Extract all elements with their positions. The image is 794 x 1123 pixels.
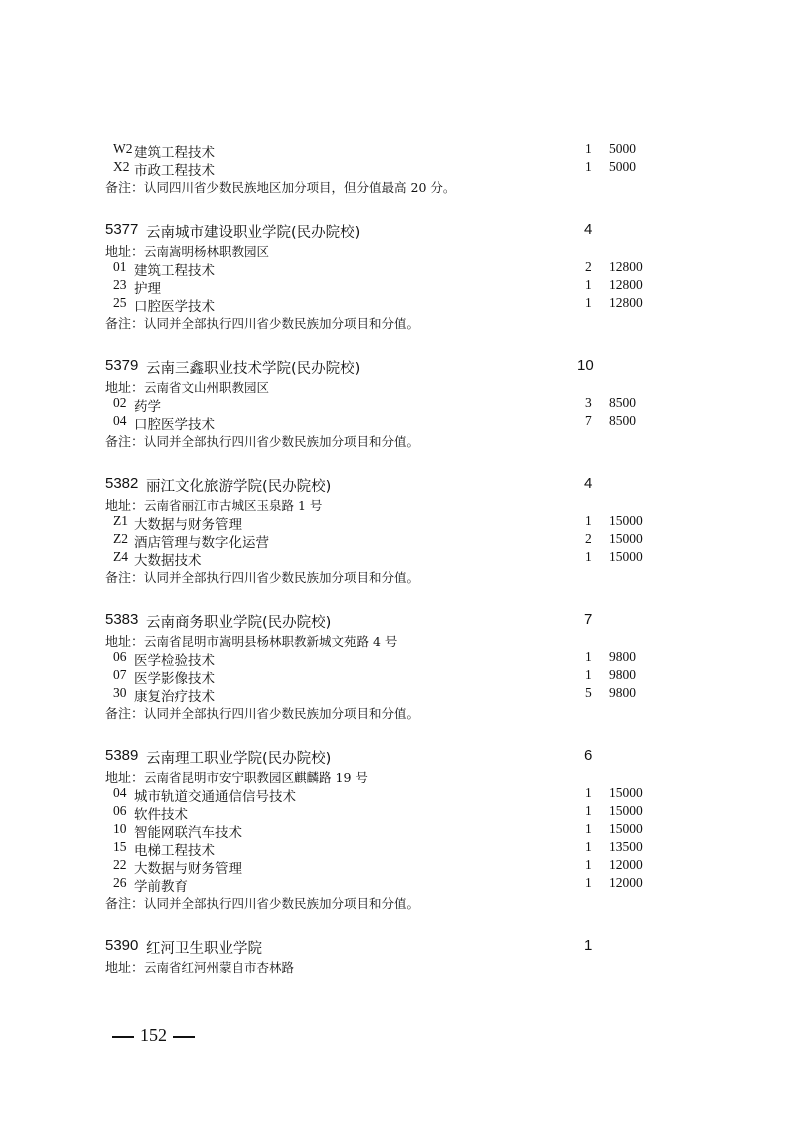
major-name: 口腔医学技术: [134, 295, 215, 315]
major-fee: 8500: [609, 413, 636, 429]
dash-left: [112, 1036, 134, 1038]
address: 地址：云南省丽江市古城区玉泉路 1 号: [105, 495, 322, 514]
address-row: 地址：云南省文山州职教园区: [0, 377, 794, 395]
major-name: 药学: [134, 395, 161, 415]
school-name: 云南商务职业学院(民办院校): [146, 611, 331, 632]
school-header: 5382 丽江文化旅游学院(民办院校) 4: [0, 475, 794, 497]
major-fee: 15000: [609, 549, 643, 565]
major-fee: 12000: [609, 857, 643, 873]
school-count: 4: [584, 475, 592, 492]
note-text: 认同并全部执行四川省少数民族加分项目和分值。: [144, 570, 419, 585]
major-name: 护理: [134, 277, 161, 297]
note-text: 认同并全部执行四川省少数民族加分项目和分值。: [144, 316, 419, 331]
major-code: 01: [113, 259, 127, 275]
school-header: 5390 红河卫生职业学院 1: [0, 937, 794, 959]
major-name: 酒店管理与数字化运营: [134, 531, 269, 551]
major-row: 10 智能网联汽车技术 1 15000: [0, 821, 794, 839]
note: 备注：认同并全部执行四川省少数民族加分项目和分值。: [105, 431, 419, 450]
school-header: 5377 云南城市建设职业学院(民办院校) 4: [0, 221, 794, 243]
major-row: 01 建筑工程技术 2 12800: [0, 259, 794, 277]
school-header: 5389 云南理工职业学院(民办院校) 6: [0, 747, 794, 769]
major-row: 15 电梯工程技术 1 13500: [0, 839, 794, 857]
major-row: 02 药学 3 8500: [0, 395, 794, 413]
major-code: 04: [113, 413, 127, 429]
major-fee: 15000: [609, 821, 643, 837]
major-name: 康复治疗技术: [134, 685, 215, 705]
page-number: 152: [106, 1025, 201, 1046]
note: 备注：认同四川省少数民族地区加分项目，但分值最高 20 分。: [105, 177, 455, 196]
major-count: 2: [585, 531, 592, 547]
major-fee: 9800: [609, 649, 636, 665]
school-code: 5382: [105, 475, 138, 492]
major-count: 1: [585, 159, 592, 175]
note-text: 认同并全部执行四川省少数民族加分项目和分值。: [144, 896, 419, 911]
school-count: 7: [584, 611, 592, 628]
school-code: 5377: [105, 221, 138, 238]
major-row: 04 城市轨道交通通信信号技术 1 15000: [0, 785, 794, 803]
address-label: 地址：: [105, 381, 144, 396]
note-label: 备注：: [105, 435, 144, 450]
major-code: Z4: [113, 549, 128, 565]
major-name: 医学检验技术: [134, 649, 215, 669]
major-count: 1: [585, 513, 592, 529]
major-row: 07 医学影像技术 1 9800: [0, 667, 794, 685]
major-row: 26 学前教育 1 12000: [0, 875, 794, 893]
school-count: 1: [584, 937, 592, 954]
address-text: 云南省昆明市嵩明县杨林职教新城文苑路 4 号: [144, 634, 397, 649]
note-row: 备注：认同并全部执行四川省少数民族加分项目和分值。: [0, 703, 794, 721]
major-count: 1: [585, 141, 592, 157]
major-count: 1: [585, 803, 592, 819]
major-code: Z2: [113, 531, 128, 547]
address-text: 云南省红河州蒙自市杏林路: [144, 960, 294, 975]
major-count: 1: [585, 277, 592, 293]
address-row: 地址：云南省昆明市嵩明县杨林职教新城文苑路 4 号: [0, 631, 794, 649]
address: 地址：云南省文山州职教园区: [105, 377, 269, 396]
major-row: Z1 大数据与财务管理 1 15000: [0, 513, 794, 531]
school-count: 6: [584, 747, 592, 764]
note-row: 备注：认同并全部执行四川省少数民族加分项目和分值。: [0, 313, 794, 331]
note: 备注：认同并全部执行四川省少数民族加分项目和分值。: [105, 893, 419, 912]
major-row: 30 康复治疗技术 5 9800: [0, 685, 794, 703]
major-row: 25 口腔医学技术 1 12800: [0, 295, 794, 313]
major-count: 7: [585, 413, 592, 429]
school-name: 云南三鑫职业技术学院(民办院校): [146, 357, 360, 378]
major-row: W2 建筑工程技术 1 5000: [0, 141, 794, 159]
major-row: Z2 酒店管理与数字化运营 2 15000: [0, 531, 794, 549]
school-code: 5379: [105, 357, 138, 374]
document-page: W2 建筑工程技术 1 5000 X2 市政工程技术 1 5000 备注：认同四…: [0, 0, 794, 1123]
major-fee: 12000: [609, 875, 643, 891]
address-text: 云南省丽江市古城区玉泉路 1 号: [144, 498, 322, 513]
major-name: 智能网联汽车技术: [134, 821, 242, 841]
major-count: 5: [585, 685, 592, 701]
major-row: 04 口腔医学技术 7 8500: [0, 413, 794, 431]
note-label: 备注：: [105, 897, 144, 912]
school-code: 5389: [105, 747, 138, 764]
major-code: 02: [113, 395, 127, 411]
address-label: 地址：: [105, 245, 144, 260]
major-fee: 13500: [609, 839, 643, 855]
address-row: 地址：云南省昆明市安宁职教园区麒麟路 19 号: [0, 767, 794, 785]
major-row: 23 护理 1 12800: [0, 277, 794, 295]
note-row: 备注：认同并全部执行四川省少数民族加分项目和分值。: [0, 567, 794, 585]
major-count: 3: [585, 395, 592, 411]
major-count: 1: [585, 857, 592, 873]
major-fee: 15000: [609, 803, 643, 819]
major-row: 06 软件技术 1 15000: [0, 803, 794, 821]
note-row: 备注：认同四川省少数民族地区加分项目，但分值最高 20 分。: [0, 177, 794, 195]
major-fee: 9800: [609, 685, 636, 701]
major-row: Z4 大数据技术 1 15000: [0, 549, 794, 567]
major-name: 大数据与财务管理: [134, 857, 242, 877]
major-name: 城市轨道交通通信信号技术: [134, 785, 296, 805]
major-fee: 12800: [609, 277, 643, 293]
address-row: 地址：云南省红河州蒙自市杏林路: [0, 957, 794, 975]
major-count: 1: [585, 839, 592, 855]
major-fee: 12800: [609, 295, 643, 311]
major-name: 软件技术: [134, 803, 188, 823]
major-name: 建筑工程技术: [134, 259, 215, 279]
major-count: 2: [585, 259, 592, 275]
school-code: 5390: [105, 937, 138, 954]
major-name: 口腔医学技术: [134, 413, 215, 433]
major-code: X2: [113, 159, 130, 175]
note: 备注：认同并全部执行四川省少数民族加分项目和分值。: [105, 567, 419, 586]
note-row: 备注：认同并全部执行四川省少数民族加分项目和分值。: [0, 893, 794, 911]
address: 地址：云南省红河州蒙自市杏林路: [105, 957, 294, 976]
dash-right: [173, 1036, 195, 1038]
major-fee: 12800: [609, 259, 643, 275]
major-code: 06: [113, 649, 127, 665]
major-fee: 5000: [609, 141, 636, 157]
address-row: 地址：云南省丽江市古城区玉泉路 1 号: [0, 495, 794, 513]
major-fee: 15000: [609, 513, 643, 529]
note-text: 认同并全部执行四川省少数民族加分项目和分值。: [144, 434, 419, 449]
school-code: 5383: [105, 611, 138, 628]
major-code: 06: [113, 803, 127, 819]
major-fee: 9800: [609, 667, 636, 683]
major-name: 市政工程技术: [134, 159, 215, 179]
major-code: 07: [113, 667, 127, 683]
major-row: 06 医学检验技术 1 9800: [0, 649, 794, 667]
major-code: 10: [113, 821, 127, 837]
major-fee: 5000: [609, 159, 636, 175]
major-row: X2 市政工程技术 1 5000: [0, 159, 794, 177]
major-code: 23: [113, 277, 127, 293]
major-code: 04: [113, 785, 127, 801]
major-name: 学前教育: [134, 875, 188, 895]
major-name: 电梯工程技术: [134, 839, 215, 859]
note-label: 备注：: [105, 181, 144, 196]
note: 备注：认同并全部执行四川省少数民族加分项目和分值。: [105, 703, 419, 722]
major-code: 22: [113, 857, 127, 873]
address-row: 地址：云南嵩明杨林职教园区: [0, 241, 794, 259]
address-label: 地址：: [105, 771, 144, 786]
major-code: 26: [113, 875, 127, 891]
note-row: 备注：认同并全部执行四川省少数民族加分项目和分值。: [0, 431, 794, 449]
address: 地址：云南嵩明杨林职教园区: [105, 241, 269, 260]
major-row: 22 大数据与财务管理 1 12000: [0, 857, 794, 875]
note: 备注：认同并全部执行四川省少数民族加分项目和分值。: [105, 313, 419, 332]
school-name: 红河卫生职业学院: [146, 937, 262, 958]
address-label: 地址：: [105, 635, 144, 650]
major-count: 1: [585, 667, 592, 683]
school-count: 4: [584, 221, 592, 238]
major-name: 大数据与财务管理: [134, 513, 242, 533]
major-code: 15: [113, 839, 127, 855]
address-text: 云南省昆明市安宁职教园区麒麟路 19 号: [144, 770, 368, 785]
major-count: 1: [585, 549, 592, 565]
address-label: 地址：: [105, 961, 144, 976]
school-header: 5379 云南三鑫职业技术学院(民办院校) 10: [0, 357, 794, 379]
major-code: 25: [113, 295, 127, 311]
major-count: 1: [585, 295, 592, 311]
address: 地址：云南省昆明市嵩明县杨林职教新城文苑路 4 号: [105, 631, 397, 650]
note-label: 备注：: [105, 571, 144, 586]
major-name: 大数据技术: [134, 549, 202, 569]
major-count: 1: [585, 875, 592, 891]
major-count: 1: [585, 785, 592, 801]
school-count: 10: [577, 357, 594, 374]
address: 地址：云南省昆明市安宁职教园区麒麟路 19 号: [105, 767, 368, 786]
address-text: 云南省文山州职教园区: [144, 380, 269, 395]
page-number-text: 152: [140, 1025, 167, 1045]
major-count: 1: [585, 649, 592, 665]
address-label: 地址：: [105, 499, 144, 514]
major-code: Z1: [113, 513, 128, 529]
major-code: W2: [113, 141, 133, 157]
note-text: 认同四川省少数民族地区加分项目，但分值最高 20 分。: [144, 180, 455, 195]
school-name: 云南理工职业学院(民办院校): [146, 747, 331, 768]
major-name: 建筑工程技术: [134, 141, 215, 161]
school-name: 云南城市建设职业学院(民办院校): [146, 221, 360, 242]
major-fee: 15000: [609, 531, 643, 547]
address-text: 云南嵩明杨林职教园区: [144, 244, 269, 259]
note-text: 认同并全部执行四川省少数民族加分项目和分值。: [144, 706, 419, 721]
note-label: 备注：: [105, 317, 144, 332]
major-fee: 8500: [609, 395, 636, 411]
major-name: 医学影像技术: [134, 667, 215, 687]
major-fee: 15000: [609, 785, 643, 801]
major-code: 30: [113, 685, 127, 701]
school-name: 丽江文化旅游学院(民办院校): [146, 475, 331, 496]
school-header: 5383 云南商务职业学院(民办院校) 7: [0, 611, 794, 633]
major-count: 1: [585, 821, 592, 837]
note-label: 备注：: [105, 707, 144, 722]
